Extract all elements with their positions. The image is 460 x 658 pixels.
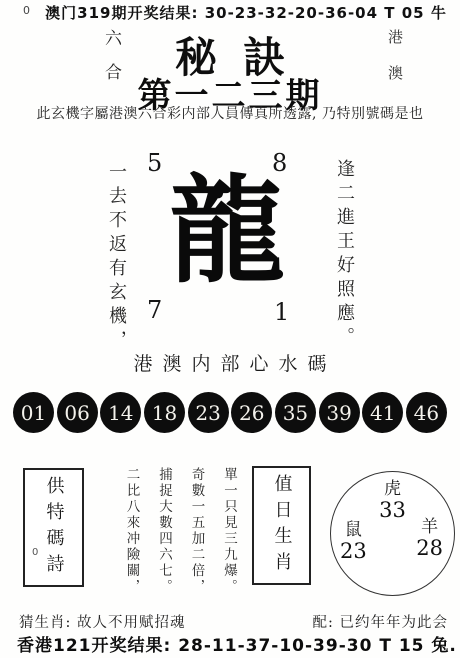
poem-line: 單一只見三九爆。: [222, 467, 236, 605]
zodiac-circle: 虎 33 鼠 23 羊 28: [330, 471, 455, 596]
special-poem-box: 供特碼詩 0: [23, 468, 84, 587]
subtitle: 此玄機字屬港澳六合彩内部人員傳真所透露, 乃特別號碼是也: [0, 103, 460, 123]
dragon-number-bottom-left: 7: [147, 296, 162, 324]
hongkong-draw-result: 香港121开奖结果: 28-11-37-10-39-30 T 15 兔.: [17, 631, 454, 656]
special-poem: 單一只見三九爆。 奇數一五加二倍， 捕捉大數四六七。 二比八來冲險關，: [105, 467, 235, 605]
number-ball: 06: [57, 392, 98, 433]
number-ball: 41: [362, 392, 403, 433]
number-ball: 18: [144, 392, 185, 433]
number-ball: 46: [406, 392, 447, 433]
zodiac-guess-line: 猜生肖: 故人不用赋招魂 配: 已约年年为此会: [19, 611, 448, 632]
number-ball: 26: [231, 392, 272, 433]
lottery-tip-sheet: 0 澳门319期开奖结果: 30-23-32-20-36-04 T 05 牛 六…: [0, 0, 460, 658]
poem-line: 捕捉大數四六七。: [157, 467, 171, 605]
zodiac-animal: 鼠: [340, 522, 367, 540]
zodiac-animal: 羊: [416, 519, 443, 537]
guess-zodiac-text: 猜生肖: 故人不用赋招魂: [19, 611, 186, 632]
number-ball: 14: [100, 392, 141, 433]
lucky-numbers-heading: 港澳内部心水碼: [0, 349, 460, 376]
number-ball: 39: [319, 392, 360, 433]
corner-mark: 0: [23, 4, 30, 17]
zodiac-number: 23: [340, 540, 367, 562]
dragon-number-bottom-right: 1: [274, 298, 289, 326]
duty-zodiac-box-label: 值日生肖: [269, 474, 295, 578]
poem-line: 二比八來冲險關，: [124, 467, 138, 605]
dragon-right-phrase: 逢二進王好照應。: [331, 159, 357, 351]
number-ball: 01: [13, 392, 54, 433]
zodiac-goat: 羊 28: [416, 519, 443, 559]
special-poem-box-mark: 0: [32, 547, 38, 558]
macau-draw-result: 澳门319期开奖结果: 30-23-32-20-36-04 T 05 牛: [40, 2, 452, 23]
poem-line: 奇數一五加二倍，: [189, 467, 203, 605]
zodiac-rat: 鼠 23: [340, 522, 367, 562]
zodiac-tiger: 虎 33: [331, 481, 454, 521]
number-ball: 23: [188, 392, 229, 433]
dragon-left-phrase: 一去不返有玄機，: [103, 162, 129, 354]
duty-zodiac-box: 值日生肖: [252, 466, 311, 585]
number-ball: 35: [275, 392, 316, 433]
zodiac-animal: 虎: [331, 481, 454, 499]
lucky-numbers-row: 01 06 14 18 23 26 35 39 41 46: [13, 392, 447, 433]
dragon-character: 龍: [160, 168, 294, 296]
zodiac-number: 28: [416, 537, 443, 559]
pair-text: 配: 已约年年为此会: [313, 611, 449, 632]
special-poem-box-label: 供特碼詩: [41, 476, 67, 580]
